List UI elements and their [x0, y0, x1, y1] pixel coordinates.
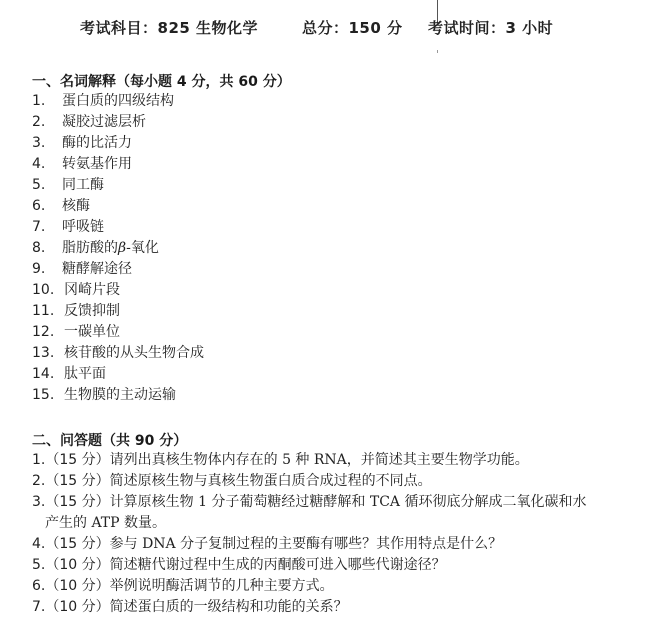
item-number: 8. [32, 238, 62, 259]
question-points: （15 分） [45, 536, 109, 552]
item-number: 12. [32, 322, 64, 343]
item-text: 冈崎片段 [64, 280, 120, 301]
question-points: （10 分） [45, 557, 109, 573]
item-text: 蛋白质的四级结构 [62, 91, 174, 112]
item-text: 核苷酸的从头生物合成 [64, 343, 204, 364]
item-number: 10. [32, 280, 64, 301]
question-points: （10 分） [45, 578, 109, 594]
definition-item: 8.脂肪酸的β-氧化 [32, 238, 204, 259]
item-number: 9. [32, 259, 62, 280]
question-number: 5. [32, 557, 45, 573]
question-number: 1. [32, 452, 45, 468]
question-points: （15 分） [45, 494, 109, 510]
definition-item: 14.肽平面 [32, 364, 204, 385]
question-text: 参与 DNA 分子复制过程的主要酶有哪些？其作用特点是什么？ [110, 536, 502, 552]
question-number: 2. [32, 473, 45, 489]
item-text-post: -氧化 [126, 240, 159, 256]
item-text: 转氨基作用 [62, 154, 132, 175]
item-text: 核酶 [62, 196, 90, 217]
question-item: 5.（10 分）简述糖代谢过程中生成的丙酮酸可进入哪些代谢途径？ [32, 555, 642, 576]
item-text: 凝胶过滤层析 [62, 112, 146, 133]
question-item: 1.（15 分）请列出真核生物体内存在的 5 种 RNA，并简述其主要生物学功能… [32, 450, 642, 471]
exam-subject: 考试科目：825 生物化学 [80, 17, 258, 38]
question-text-continuation: 产生的 ATP 数量。 [32, 513, 642, 534]
question-item: 2.（15 分）简述原核生物与真核生物蛋白质合成过程的不同点。 [32, 471, 642, 492]
questions-list: 1.（15 分）请列出真核生物体内存在的 5 种 RNA，并简述其主要生物学功能… [32, 450, 642, 618]
definition-item: 10.冈崎片段 [32, 280, 204, 301]
definition-item: 6.核酶 [32, 196, 204, 217]
exam-header: 考试科目：825 生物化学 总分：150 分 考试时间：3 小时 [0, 17, 665, 39]
question-text: 计算原核生物 1 分子葡萄糖经过糖酵解和 TCA 循环彻底分解成二氧化碳和水 [110, 494, 587, 510]
question-points: （15 分） [45, 473, 109, 489]
item-text: 同工酶 [62, 175, 104, 196]
question-number: 3. [32, 494, 45, 510]
item-number: 3. [32, 133, 62, 154]
item-text: 脂肪酸的β-氧化 [62, 238, 159, 259]
item-number: 13. [32, 343, 64, 364]
question-text: 请列出真核生物体内存在的 5 种 RNA，并简述其主要生物学功能。 [110, 452, 529, 468]
question-number: 4. [32, 536, 45, 552]
item-text: 酶的比活力 [62, 133, 132, 154]
question-text: 简述原核生物与真核生物蛋白质合成过程的不同点。 [110, 473, 432, 489]
item-number: 15. [32, 385, 64, 406]
exam-time: 考试时间：3 小时 [428, 17, 553, 38]
item-number: 2. [32, 112, 62, 133]
definition-item: 9.糖酵解途径 [32, 259, 204, 280]
definitions-list: 1.蛋白质的四级结构 2.凝胶过滤层析 3.酶的比活力 4.转氨基作用 5.同工… [32, 91, 204, 406]
page-fold-mark [437, 50, 438, 53]
item-number: 6. [32, 196, 62, 217]
item-number: 7. [32, 217, 62, 238]
question-number: 6. [32, 578, 45, 594]
item-text-pre: 脂肪酸的 [62, 240, 118, 256]
item-number: 1. [32, 91, 62, 112]
definition-item: 5.同工酶 [32, 175, 204, 196]
definition-item: 4.转氨基作用 [32, 154, 204, 175]
question-item: 3.（15 分）计算原核生物 1 分子葡萄糖经过糖酵解和 TCA 循环彻底分解成… [32, 492, 642, 534]
question-item: 6.（10 分）举例说明酶活调节的几种主要方式。 [32, 576, 642, 597]
item-number: 11. [32, 301, 64, 322]
item-number: 4. [32, 154, 62, 175]
question-text: 简述糖代谢过程中生成的丙酮酸可进入哪些代谢途径？ [110, 557, 446, 573]
question-text: 简述蛋白质的一级结构和功能的关系？ [110, 599, 348, 615]
definition-item: 13.核苷酸的从头生物合成 [32, 343, 204, 364]
question-number: 7. [32, 599, 45, 615]
item-text: 糖酵解途径 [62, 259, 132, 280]
exam-total-score: 总分：150 分 [302, 17, 403, 38]
item-number: 14. [32, 364, 64, 385]
item-text: 呼吸链 [62, 217, 104, 238]
question-item: 4.（15 分）参与 DNA 分子复制过程的主要酶有哪些？其作用特点是什么？ [32, 534, 642, 555]
item-number: 5. [32, 175, 62, 196]
beta-symbol: β [118, 240, 126, 256]
question-points: （15 分） [45, 452, 109, 468]
definition-item: 7.呼吸链 [32, 217, 204, 238]
question-text: 举例说明酶活调节的几种主要方式。 [110, 578, 334, 594]
item-text: 生物膜的主动运输 [64, 385, 176, 406]
question-item: 7.（10 分）简述蛋白质的一级结构和功能的关系？ [32, 597, 642, 618]
question-points: （10 分） [45, 599, 109, 615]
definition-item: 12.一碳单位 [32, 322, 204, 343]
item-text: 反馈抑制 [64, 301, 120, 322]
definition-item: 15.生物膜的主动运输 [32, 385, 204, 406]
item-text: 肽平面 [64, 364, 106, 385]
definition-item: 11.反馈抑制 [32, 301, 204, 322]
definition-item: 1.蛋白质的四级结构 [32, 91, 204, 112]
section-title-definitions: 一、名词解释（每小题 4 分，共 60 分） [32, 71, 291, 91]
section-title-questions: 二、问答题（共 90 分） [32, 430, 187, 450]
definition-item: 3.酶的比活力 [32, 133, 204, 154]
definition-item: 2.凝胶过滤层析 [32, 112, 204, 133]
item-text: 一碳单位 [64, 322, 120, 343]
